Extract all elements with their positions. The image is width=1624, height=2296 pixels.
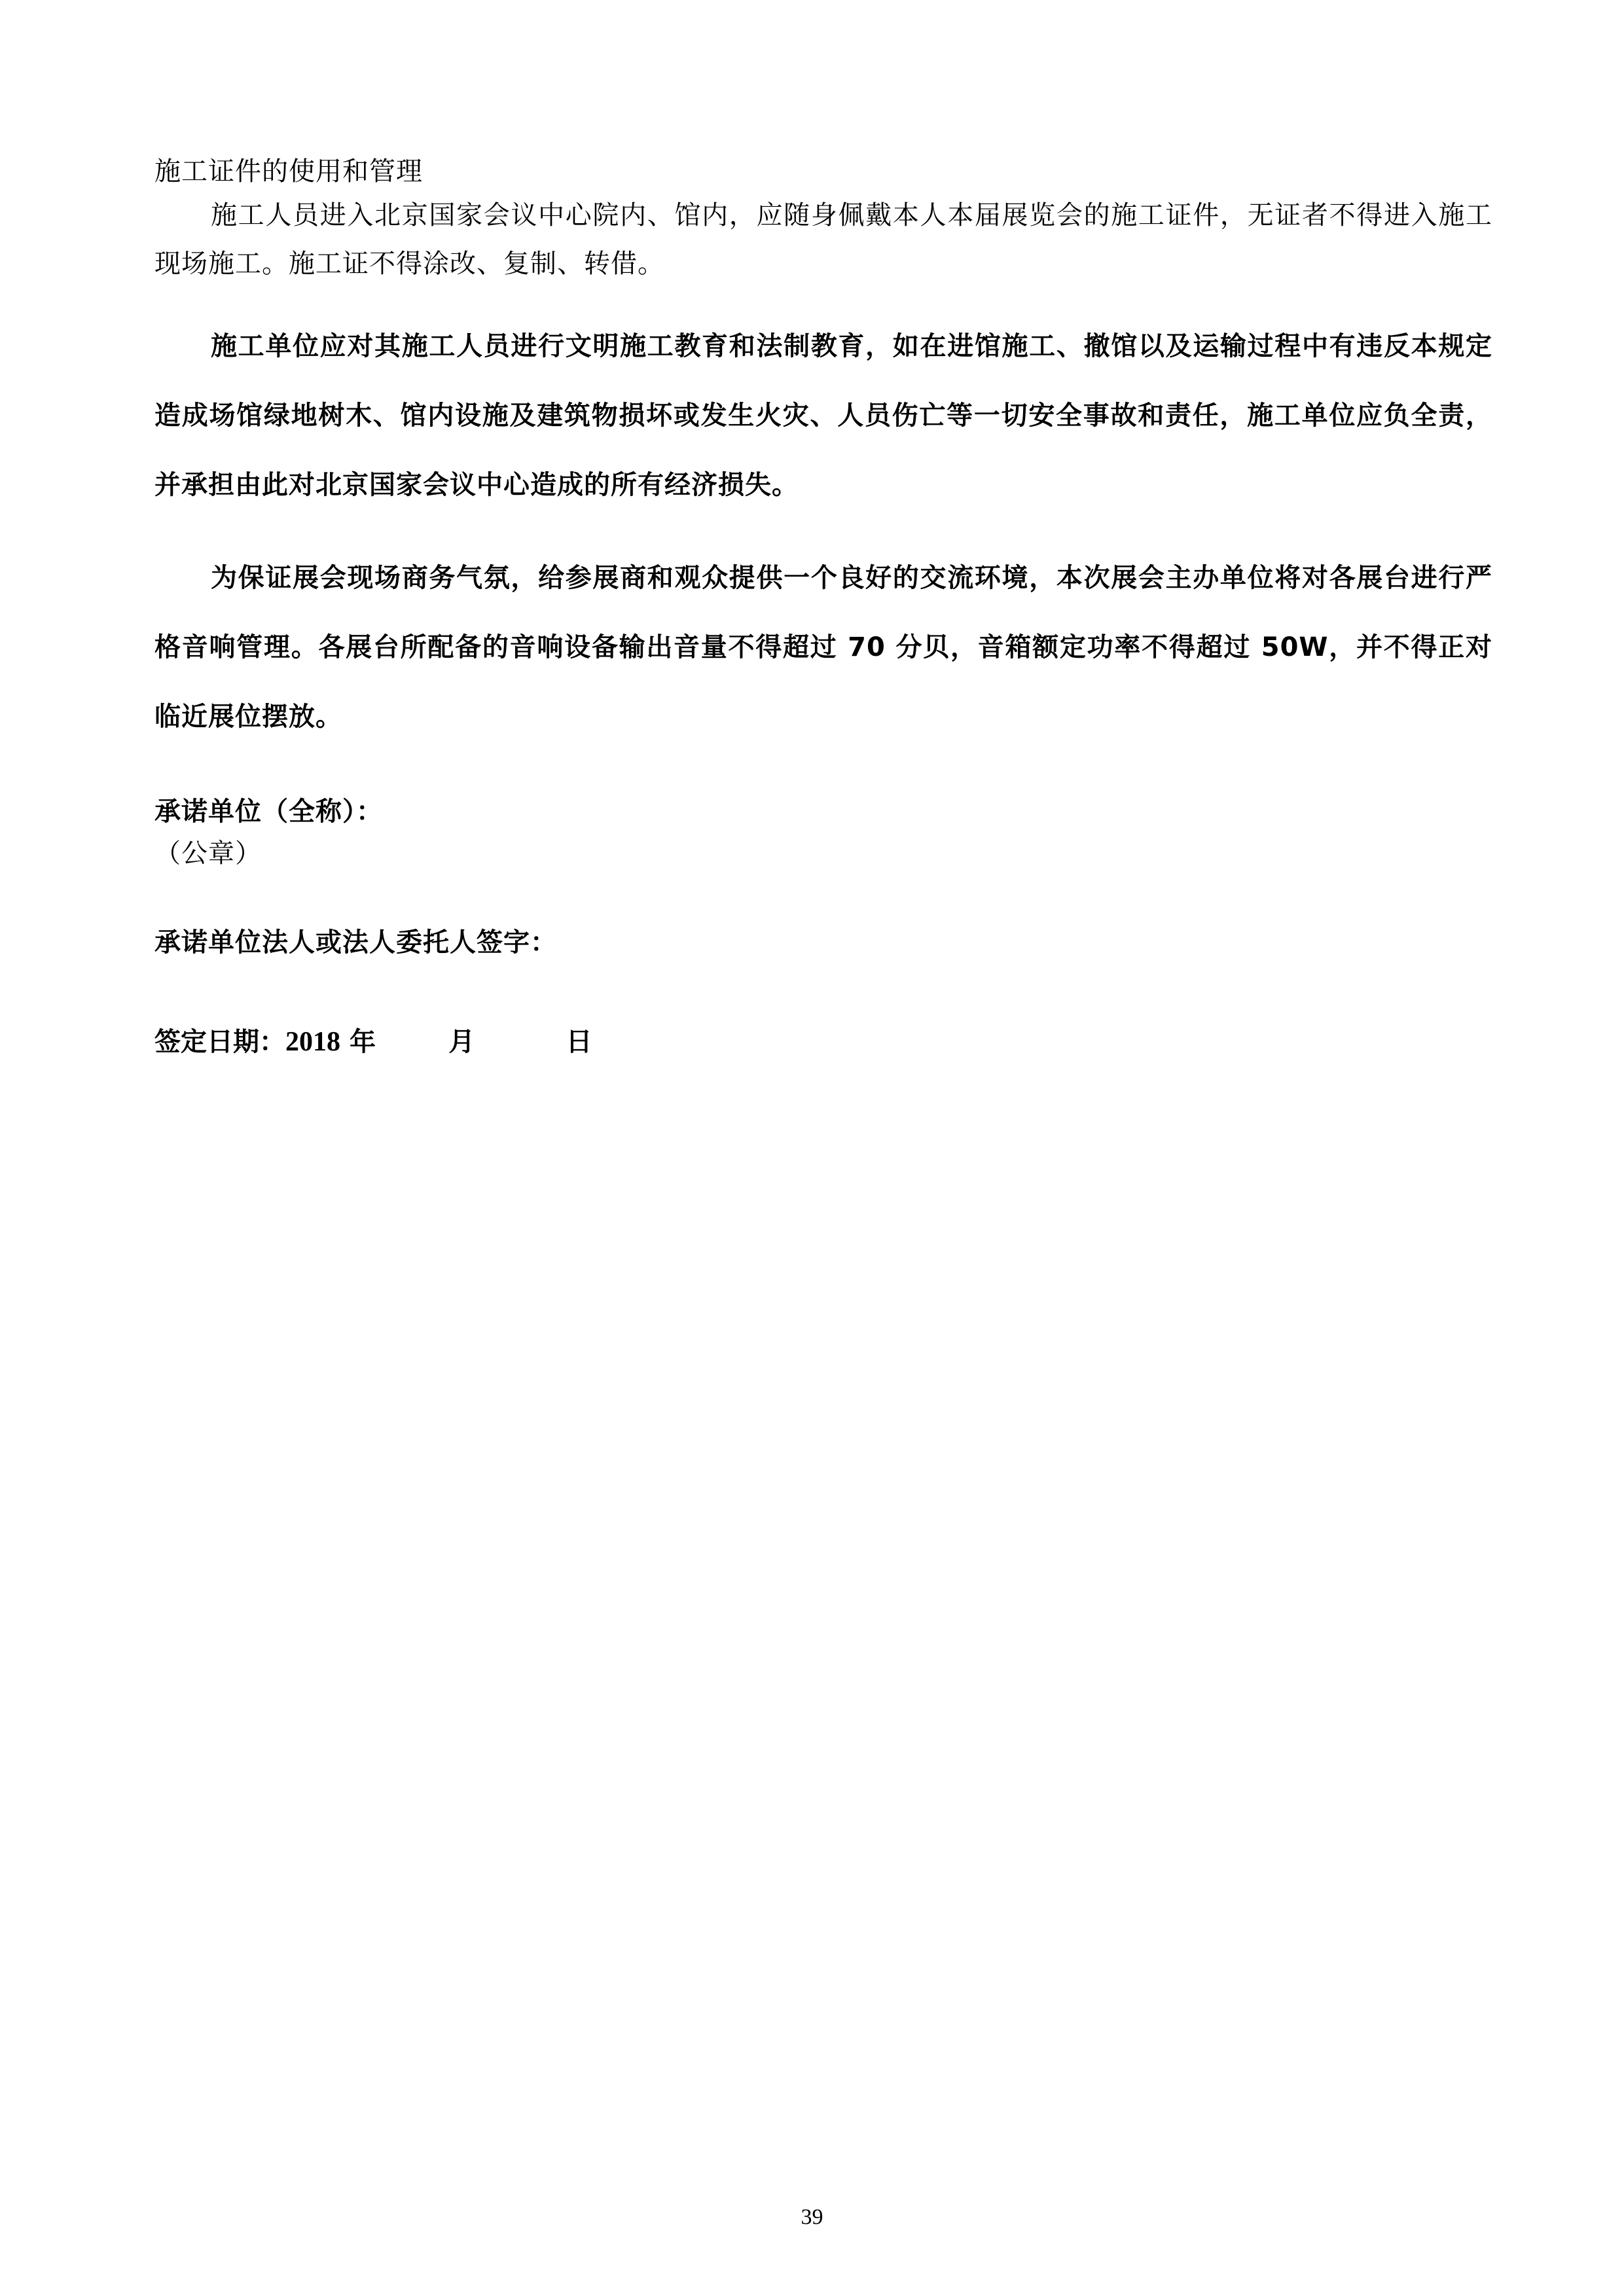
paragraph-sound-management: 为保证展会现场商务气氛，给参展商和观众提供一个良好的交流环境，本次展会主办单位将…: [154, 543, 1492, 751]
page-number: 39: [0, 2204, 1624, 2231]
document-page: 施工证件的使用和管理 施工人员进入北京国家会议中心院内、馆内，应随身佩戴本人本届…: [154, 152, 1492, 1063]
paragraph-safety-responsibility: 施工单位应对其施工人员进行文明施工教育和法制教育，如在进馆施工、撤馆以及运输过程…: [154, 312, 1492, 520]
spacer: [154, 751, 1492, 791]
section-heading: 施工证件的使用和管理: [154, 152, 1492, 191]
official-seal-label: （公章）: [154, 833, 1492, 874]
spacer: [154, 963, 1492, 1021]
month-char: 月: [448, 1027, 475, 1057]
signing-date-line: 签定日期：2018 年 月 日: [154, 1021, 1492, 1063]
paragraph-construction-pass: 施工人员进入北京国家会议中心院内、馆内，应随身佩戴本人本届展览会的施工证件，无证…: [154, 191, 1492, 288]
day-char: 日: [566, 1027, 592, 1057]
spacer: [154, 520, 1492, 543]
committing-unit-label: 承诺单位（全称）：: [154, 791, 1492, 833]
spacer: [154, 874, 1492, 922]
spacer: [154, 288, 1492, 312]
signature-block: 承诺单位（全称）： （公章） 承诺单位法人或法人委托人签字： 签定日期：2018…: [154, 791, 1492, 1063]
signing-date-year: 2018: [285, 1027, 340, 1057]
signing-date-label: 签定日期：: [154, 1027, 285, 1057]
legal-representative-signature-label: 承诺单位法人或法人委托人签字：: [154, 922, 1492, 963]
year-char: 年: [350, 1027, 376, 1057]
